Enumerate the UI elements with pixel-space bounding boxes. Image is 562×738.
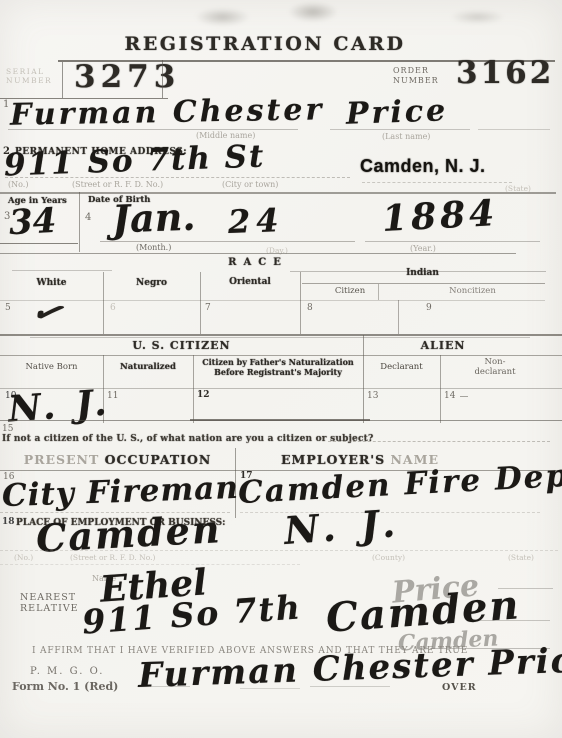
scan-smudge	[450, 10, 505, 24]
field-number-4: 4	[85, 212, 91, 223]
native-born-state-handwritten: N. J.	[7, 381, 112, 430]
rule	[103, 272, 104, 334]
order-label-line2: NUMBER	[393, 76, 439, 86]
month-caption: (Month.)	[136, 243, 171, 252]
serial-label-line2: NUMBER	[6, 76, 52, 85]
rule	[62, 62, 63, 98]
registration-card-scan: REGISTRATION CARD SERIAL NUMBER 3273 ORD…	[0, 0, 562, 738]
cell-number-13: 13	[367, 391, 378, 401]
rule	[162, 60, 163, 98]
employment-county-caption: (County)	[372, 553, 405, 562]
over-label: OVER	[442, 682, 477, 693]
alien-col-declarant: Declarant	[363, 362, 440, 372]
field-number-18: 18	[2, 517, 15, 527]
rule	[302, 283, 545, 284]
rule	[480, 620, 550, 621]
father-line2: Before Registrant's Majority	[193, 367, 363, 377]
field-number-1: 1	[3, 99, 9, 110]
pmgo-label: P. M. G. O.	[30, 666, 104, 677]
order-label-line1: ORDER	[393, 66, 439, 76]
city-state-stamp: Camden, N. J.	[360, 156, 486, 177]
us-citizen-header: U. S. CITIZEN	[0, 339, 363, 352]
field-number-15: 15	[2, 424, 13, 434]
rule	[440, 355, 441, 423]
rule	[0, 355, 562, 356]
citizenship-question: If not a citizen of the U. S., of what n…	[2, 434, 373, 444]
cell-number-9: 9	[426, 303, 432, 313]
cell-number-12: 12	[197, 390, 210, 400]
scan-smudge	[288, 2, 338, 22]
serial-number-label: SERIAL NUMBER	[6, 67, 52, 85]
rule	[398, 300, 399, 334]
rule	[498, 588, 553, 589]
father-line1: Citizen by Father's Naturalization	[193, 357, 363, 367]
citizen-col-native-born: Native Born	[0, 362, 103, 372]
cell-number-6: 6	[110, 303, 116, 313]
present-occupation-header: PRESENT OCCUPATION	[0, 452, 235, 467]
rule	[12, 270, 112, 271]
dob-year-handwritten: 1884	[381, 192, 499, 240]
serial-number-value: 3273	[74, 59, 180, 95]
age-handwritten: 34	[8, 201, 57, 243]
rule	[193, 355, 194, 423]
cell-number-8: 8	[307, 303, 313, 313]
employment-state-handwritten: N. J.	[283, 500, 403, 553]
rule	[460, 396, 468, 397]
rule	[0, 243, 78, 244]
header-word-occupation: OCCUPATION	[99, 452, 211, 467]
employment-state-caption: (State)	[508, 553, 534, 562]
race-section-header: RACE	[0, 257, 516, 268]
nearest-label-line1: NEAREST	[20, 592, 79, 603]
rule	[328, 441, 550, 442]
rule	[363, 335, 364, 423]
header-word-present: PRESENT	[24, 452, 100, 467]
citizen-col-naturalized: Naturalized	[103, 362, 193, 372]
rule	[79, 192, 80, 252]
race-col-indian-noncitizen: Noncitizen	[400, 286, 545, 296]
rule	[310, 686, 390, 687]
employment-street-caption: (Street or R. F. D. No.)	[70, 553, 155, 562]
cell-number-5: 5	[5, 303, 11, 313]
nearest-relative-label: NEAREST RELATIVE	[20, 592, 79, 614]
rule	[0, 334, 562, 336]
nearest-label-line2: RELATIVE	[20, 603, 79, 614]
rule	[365, 241, 540, 242]
street-caption: (Street or R. F. D. No.)	[72, 180, 163, 189]
dob-day-handwritten: 24	[227, 201, 285, 241]
no-caption: (No.)	[8, 180, 28, 189]
rule	[30, 337, 530, 338]
year-caption: (Year.)	[410, 244, 436, 253]
cell-number-14: 14	[444, 391, 455, 401]
white-race-checkmark-icon: ✓	[27, 292, 66, 334]
order-number-label: ORDER NUMBER	[393, 66, 439, 86]
last-name-handwritten: Price	[345, 93, 448, 132]
name-handwritten: Furman Chester	[10, 92, 325, 132]
alien-col-nondeclarant: Non- declarant	[440, 357, 550, 377]
rule	[330, 129, 470, 130]
card-title: REGISTRATION CARD	[30, 33, 500, 55]
rule	[190, 419, 370, 421]
race-col-indian-citizen: Citizen	[300, 286, 400, 296]
race-col-indian: Indian	[300, 268, 545, 278]
rule	[5, 177, 350, 178]
cell-number-11: 11	[107, 391, 118, 401]
race-col-oriental: Oriental	[200, 277, 300, 287]
rule	[0, 550, 558, 551]
serial-label-line1: SERIAL	[6, 67, 52, 76]
rule	[300, 272, 301, 334]
rule	[478, 129, 550, 130]
rule	[100, 241, 355, 242]
dob-month-handwritten: Jan.	[111, 194, 196, 242]
nondeclarant-line1: Non-	[440, 357, 550, 367]
form-number-label: Form No. 1 (Red)	[12, 680, 118, 693]
order-number-value: 3162	[456, 55, 554, 91]
alien-header: ALIEN	[363, 339, 523, 352]
header-word-employers: EMPLOYER'S	[281, 452, 385, 467]
rule	[0, 253, 516, 254]
employment-no-caption: (No.)	[14, 553, 33, 562]
race-col-negro: Negro	[103, 278, 200, 288]
scan-smudge	[195, 8, 250, 26]
cell-number-7: 7	[205, 303, 211, 313]
citizen-col-father: Citizen by Father's Naturalization Befor…	[193, 357, 363, 377]
nondeclarant-line2: declarant	[440, 367, 550, 377]
last-name-caption: (Last name)	[382, 132, 430, 141]
race-col-white: White	[0, 278, 103, 288]
rule	[378, 284, 379, 300]
city-caption: (City or town)	[222, 180, 278, 189]
rule	[150, 686, 190, 687]
rule	[240, 688, 300, 689]
rule	[200, 272, 201, 334]
rule	[362, 182, 512, 183]
rule	[0, 300, 545, 301]
rule	[8, 129, 298, 130]
